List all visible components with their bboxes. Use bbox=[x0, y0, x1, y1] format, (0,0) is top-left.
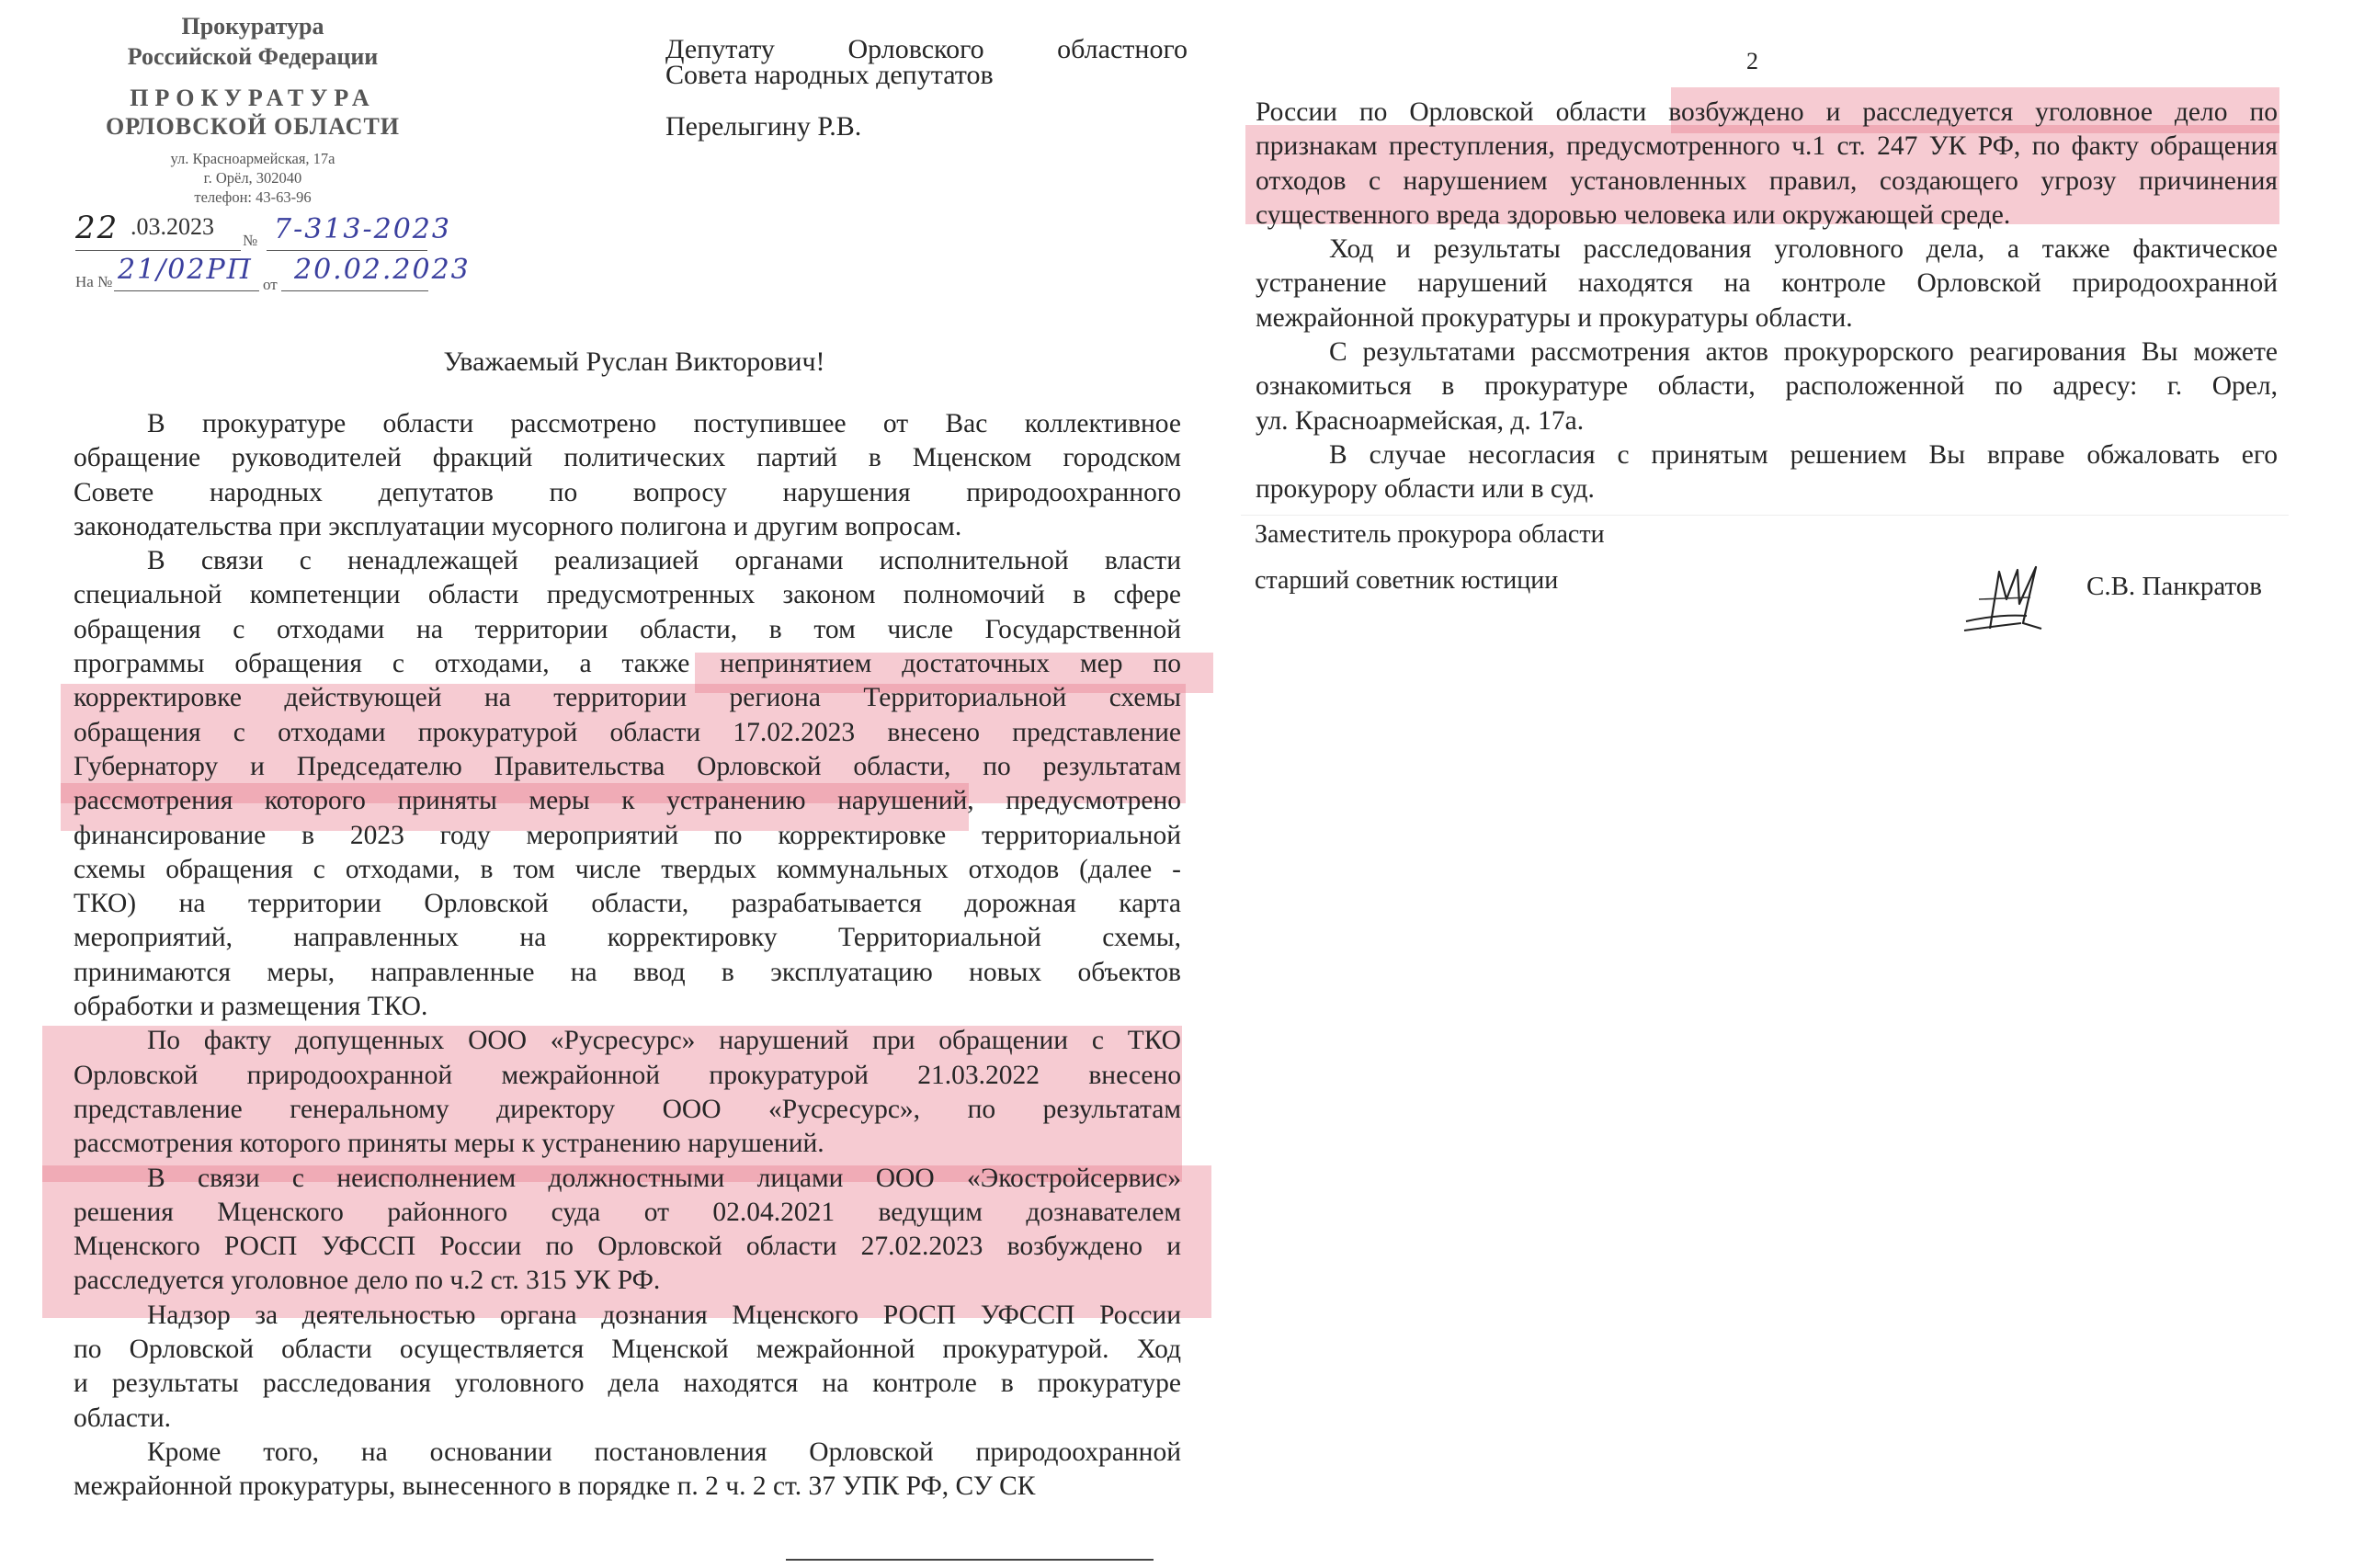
text-line: существенного вреда здоровью человека ил… bbox=[1256, 199, 2278, 233]
letterhead: Прокуратура Российской Федерации ПРОКУРА… bbox=[55, 11, 450, 207]
text-line: специальной компетенции области предусмо… bbox=[74, 578, 1181, 612]
paragraph: Кроме того, на основании постановления О… bbox=[74, 1436, 1181, 1505]
text-line: рассмотрения которого приняты меры к уст… bbox=[74, 1127, 1181, 1161]
text-line: обращения с отходами прокуратурой област… bbox=[74, 716, 1181, 750]
text-line: решения Мценского районного суда от 02.0… bbox=[74, 1196, 1181, 1230]
text-line: прокурору области или в суд. bbox=[1256, 472, 2278, 506]
ref-number-label: На № bbox=[75, 273, 112, 291]
text-line: Совете народных депутатов по вопросу нар… bbox=[74, 476, 1181, 510]
text-line: обращение руководителей фракций политиче… bbox=[74, 441, 1181, 475]
text-line: законодательства при эксплуатации мусорн… bbox=[74, 510, 1181, 544]
text-line: ул. Красноармейская, д. 17а. bbox=[1256, 404, 2278, 438]
text-line: устранение нарушений находятся на контро… bbox=[1256, 267, 2278, 301]
text-line: мероприятий, направленных на корректиров… bbox=[74, 921, 1181, 955]
text-line: В связи с неисполнением должностными лиц… bbox=[74, 1162, 1181, 1196]
text-line: В случае несогласия с принятым решением … bbox=[1256, 438, 2278, 472]
paragraph: В прокуратуре области рассмотрено поступ… bbox=[74, 407, 1181, 544]
text-line: схемы обращения с отходами, в том числе … bbox=[74, 853, 1181, 887]
text-line: ознакомиться в прокуратуре области, расп… bbox=[1256, 369, 2278, 403]
text-line: Орловской природоохранной межрайонной пр… bbox=[74, 1059, 1181, 1093]
text-line: В связи с ненадлежащей реализацией орган… bbox=[74, 544, 1181, 578]
page-number: 2 bbox=[1746, 48, 1758, 75]
text-line: России по Орловской области возбуждено и… bbox=[1256, 96, 2278, 130]
text-line: Надзор за деятельностью органа дознания … bbox=[74, 1299, 1181, 1333]
org-name-line2: Российской Федерации bbox=[55, 41, 450, 72]
text-line: финансирование в 2023 году мероприятий п… bbox=[74, 819, 1181, 853]
text-line: и результаты расследования уголовного де… bbox=[74, 1367, 1181, 1401]
text-line: Мценского РОСП УФССП России по Орловской… bbox=[74, 1230, 1181, 1264]
text-line: межрайонной прокуратуры, вынесенного в п… bbox=[74, 1470, 1181, 1504]
text-line: Кроме того, на основании постановления О… bbox=[74, 1436, 1181, 1470]
text-line: отходов с нарушением установленных прави… bbox=[1256, 165, 2278, 199]
text-line: обработки и размещения ТКО. bbox=[74, 990, 1181, 1024]
org-address-street: ул. Красноармейская, 17а bbox=[55, 149, 450, 168]
ref-number-underline bbox=[114, 290, 259, 291]
paragraph: России по Орловской области возбуждено и… bbox=[1256, 96, 2278, 233]
paragraph: Ход и результаты расследования уголовног… bbox=[1256, 233, 2278, 335]
ref-date: 20.02.2023 bbox=[294, 254, 471, 286]
addressee-block: Депутату Орловского областного Совета на… bbox=[665, 37, 1188, 140]
text-line: Губернатору и Председателю Правительства… bbox=[74, 750, 1181, 784]
paragraph: В связи с неисполнением должностными лиц… bbox=[74, 1162, 1181, 1299]
signatory-name: С.В. Панкратов bbox=[2086, 572, 2262, 602]
text-line: обращения с отходами на территории облас… bbox=[74, 613, 1181, 647]
addressee-word: областного bbox=[1057, 34, 1188, 64]
text-line: признакам преступления, предусмотренного… bbox=[1256, 130, 2278, 164]
text-line: С результатами рассмотрения актов прокур… bbox=[1256, 335, 2278, 369]
salutation: Уважаемый Руслан Викторович! bbox=[0, 347, 1268, 378]
text-line: Ход и результаты расследования уголовног… bbox=[1256, 233, 2278, 267]
reg-number-label: № bbox=[243, 232, 257, 250]
text-line: по Орловской области осуществляется Мцен… bbox=[74, 1333, 1181, 1367]
footnote-separator-line bbox=[786, 1559, 1154, 1561]
scan-artifact-line bbox=[1241, 515, 2289, 516]
addressee-line1: Депутату Орловского областного bbox=[665, 37, 1188, 62]
text-line: области. bbox=[74, 1402, 1181, 1436]
text-line: рассмотрения которого приняты меры к уст… bbox=[74, 784, 1181, 818]
text-line: программы обращения с отходами, а также … bbox=[74, 647, 1181, 681]
signatory-rank: старший советник юстиции bbox=[1255, 566, 1558, 596]
paragraph: По факту допущенных ООО «Русресурс» нару… bbox=[74, 1024, 1181, 1161]
text-line: По факту допущенных ООО «Русресурс» нару… bbox=[74, 1024, 1181, 1058]
reg-number-underline bbox=[267, 250, 427, 251]
ref-date-underline bbox=[281, 290, 428, 291]
reg-date-day: 22 bbox=[75, 210, 119, 246]
paragraph: Надзор за деятельностью органа дознания … bbox=[74, 1299, 1181, 1436]
paragraph: С результатами рассмотрения актов прокур… bbox=[1256, 335, 2278, 438]
org-name-line1: Прокуратура bbox=[55, 11, 450, 41]
text-line: межрайонной прокуратуры и прокуратуры об… bbox=[1256, 301, 2278, 335]
ref-number: 21/02РП bbox=[118, 254, 253, 286]
paragraph: В случае несогласия с принятым решением … bbox=[1256, 438, 2278, 507]
org-name-line3: ПРОКУРАТУРА bbox=[55, 85, 450, 112]
text-line: В прокуратуре области рассмотрено поступ… bbox=[74, 407, 1181, 441]
addressee-name: Перелыгину Р.В. bbox=[665, 114, 1188, 140]
reg-number: 7-313-2023 bbox=[274, 213, 451, 245]
org-phone: телефон: 43-63-96 bbox=[55, 187, 450, 207]
reg-date-underline bbox=[75, 250, 241, 251]
signatory-position: Заместитель прокурора области bbox=[1255, 520, 1605, 550]
text-line: представление генеральному директору ООО… bbox=[74, 1093, 1181, 1127]
reg-date-rest: .03.2023 bbox=[131, 213, 214, 241]
text-line: ТКО) на территории Орловской области, ра… bbox=[74, 887, 1181, 921]
ref-date-label: от bbox=[263, 276, 278, 294]
text-line: корректировке действующей на территории … bbox=[74, 681, 1181, 715]
text-line: принимаются меры, направленные на ввод в… bbox=[74, 956, 1181, 990]
text-line: расследуется уголовное дело по ч.2 ст. 3… bbox=[74, 1264, 1181, 1298]
addressee-line2: Совета народных депутатов bbox=[665, 62, 1188, 88]
right-page-body: России по Орловской области возбуждено и… bbox=[1256, 96, 2278, 507]
paragraph: В связи с ненадлежащей реализацией орган… bbox=[74, 544, 1181, 1024]
left-page-body: В прокуратуре области рассмотрено поступ… bbox=[74, 407, 1181, 1505]
signature-icon bbox=[1962, 562, 2063, 641]
org-name-line4: ОРЛОВСКОЙ ОБЛАСТИ bbox=[55, 112, 450, 142]
org-address-city: г. Орёл, 302040 bbox=[55, 168, 450, 187]
